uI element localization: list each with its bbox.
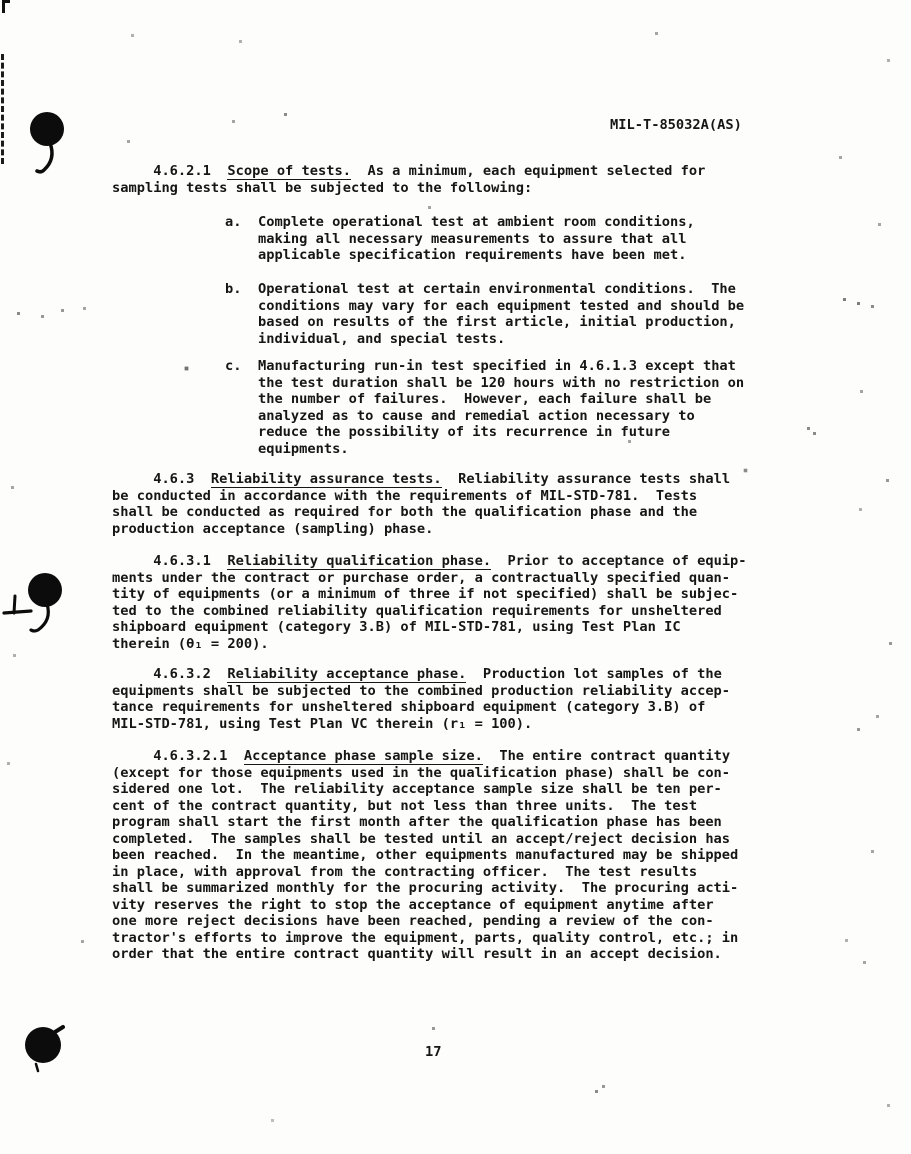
section-number: 4.6.3.2.1 [112, 748, 244, 764]
section-4-6-2-1: 4.6.2.1 Scope of tests. As a minimum, ea… [112, 163, 705, 196]
section-4-6-3-2: 4.6.3.2 Reliability acceptance phase. Pr… [112, 666, 730, 732]
section-number: 4.6.3.2 [112, 666, 227, 682]
ink-blot-middle-left-icon [4, 573, 62, 631]
section-4-6-3: 4.6.3 Reliability assurance tests. Relia… [112, 471, 730, 537]
ink-blot-bottom-left-icon [25, 1027, 63, 1071]
section-title: Scope of tests. [227, 163, 351, 180]
list-item-a: a. Complete operational test at ambient … [225, 214, 695, 264]
scanned-document-page: MIL-T-85032A(AS) 4.6.2.1 Scope of tests.… [0, 0, 911, 1154]
page-number: 17 [425, 1044, 441, 1061]
section-4-6-3-2-1: 4.6.3.2.1 Acceptance phase sample size. … [112, 748, 738, 963]
section-4-6-3-1: 4.6.3.1 Reliability qualification phase.… [112, 553, 747, 652]
scan-edge-dashed-line [1, 54, 4, 164]
list-item-b: b. Operational test at certain environme… [225, 281, 744, 347]
section-number: 4.6.3.1 [112, 553, 227, 569]
section-title: Acceptance phase sample size. [244, 748, 483, 765]
section-number: 4.6.3 [112, 471, 211, 487]
section-number: 4.6.2.1 [112, 163, 227, 179]
section-title: Reliability qualification phase. [227, 553, 491, 570]
ink-blot-top-left-icon [30, 112, 64, 172]
section-title: Reliability assurance tests. [211, 471, 442, 488]
section-body: The entire contract quantity (except for… [112, 748, 738, 962]
scan-corner-mark [2, 0, 5, 13]
list-item-c: c. Manufacturing run-in test specified i… [225, 358, 744, 457]
document-number: MIL-T-85032A(AS) [610, 117, 742, 134]
section-title: Reliability acceptance phase. [227, 666, 466, 683]
scan-noise-specks [0, 0, 1, 1]
